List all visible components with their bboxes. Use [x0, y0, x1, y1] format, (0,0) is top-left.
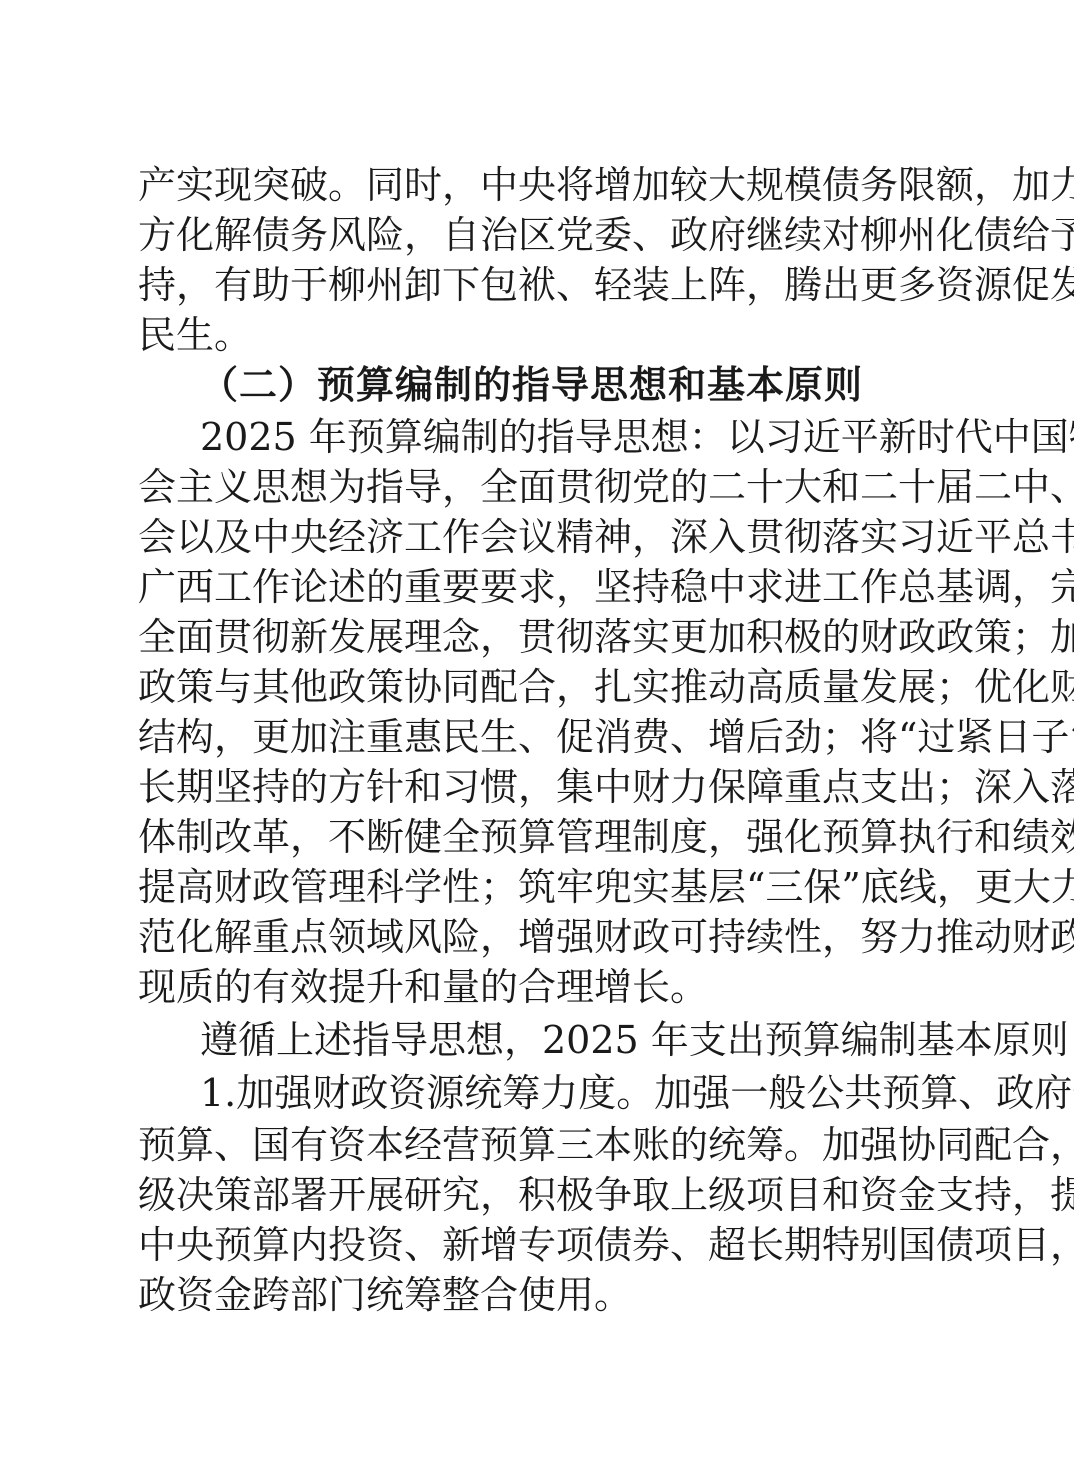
text-line: 全面贯彻新发展理念，贯彻落实更加积极的财政政策；加大财政	[138, 612, 940, 662]
text-line: 结构，更加注重惠民生、促消费、增后劲；将“过紧日子”作为	[138, 712, 940, 762]
text-line: 广西工作论述的重要要求，坚持稳中求进工作总基调，完整准确	[138, 562, 940, 612]
text-line: 持，有助于柳州卸下包袱、轻装上阵，腾出更多资源促发展、惠	[138, 260, 940, 310]
text-line: 产实现突破。同时，中央将增加较大规模债务限额，加力支持地	[138, 160, 940, 210]
text-line: 会以及中央经济工作会议精神，深入贯彻落实习近平总书记关于	[138, 512, 940, 562]
text-line: 中央预算内投资、新增专项债券、超长期特别国债项目，实现财	[138, 1220, 940, 1270]
text-line: 政资金跨部门统筹整合使用。	[138, 1270, 940, 1320]
document-page: 产实现突破。同时，中央将增加较大规模债务限额，加力支持地 方化解债务风险，自治区…	[0, 0, 1074, 1484]
text-line: 1.加强财政资源统筹力度。加强一般公共预算、政府性基金	[200, 1068, 940, 1118]
section-heading: （二）预算编制的指导思想和基本原则	[200, 360, 800, 410]
text-line: 现质的有效提升和量的合理增长。	[138, 962, 940, 1012]
text-line: 遵循上述指导思想，2025 年支出预算编制基本原则：	[200, 1015, 940, 1065]
text-line: 预算、国有资本经营预算三本账的统筹。加强协同配合，围绕上	[138, 1120, 940, 1170]
text-line: 级决策部署开展研究，积极争取上级项目和资金支持，提前谋划	[138, 1170, 940, 1220]
text-line: 范化解重点领域风险，增强财政可持续性，努力推动财政经济实	[138, 912, 940, 962]
text-line: 2025 年预算编制的指导思想：以习近平新时代中国特色社	[200, 412, 940, 462]
text-line: 体制改革，不断健全预算管理制度，强化预算执行和绩效约束，	[138, 812, 940, 862]
text-line: 提高财政管理科学性；筑牢兜实基层“三保”底线，更大力度防	[138, 862, 940, 912]
text-line: 政策与其他政策协同配合，扎实推动高质量发展；优化财政支出	[138, 662, 940, 712]
text-line: 会主义思想为指导，全面贯彻党的二十大和二十届二中、三中全	[138, 462, 940, 512]
text-line: 方化解债务风险，自治区党委、政府继续对柳州化债给予有力支	[138, 210, 940, 260]
text-line: 民生。	[138, 310, 940, 360]
text-line: 长期坚持的方针和习惯，集中财力保障重点支出；深入落实财税	[138, 762, 940, 812]
